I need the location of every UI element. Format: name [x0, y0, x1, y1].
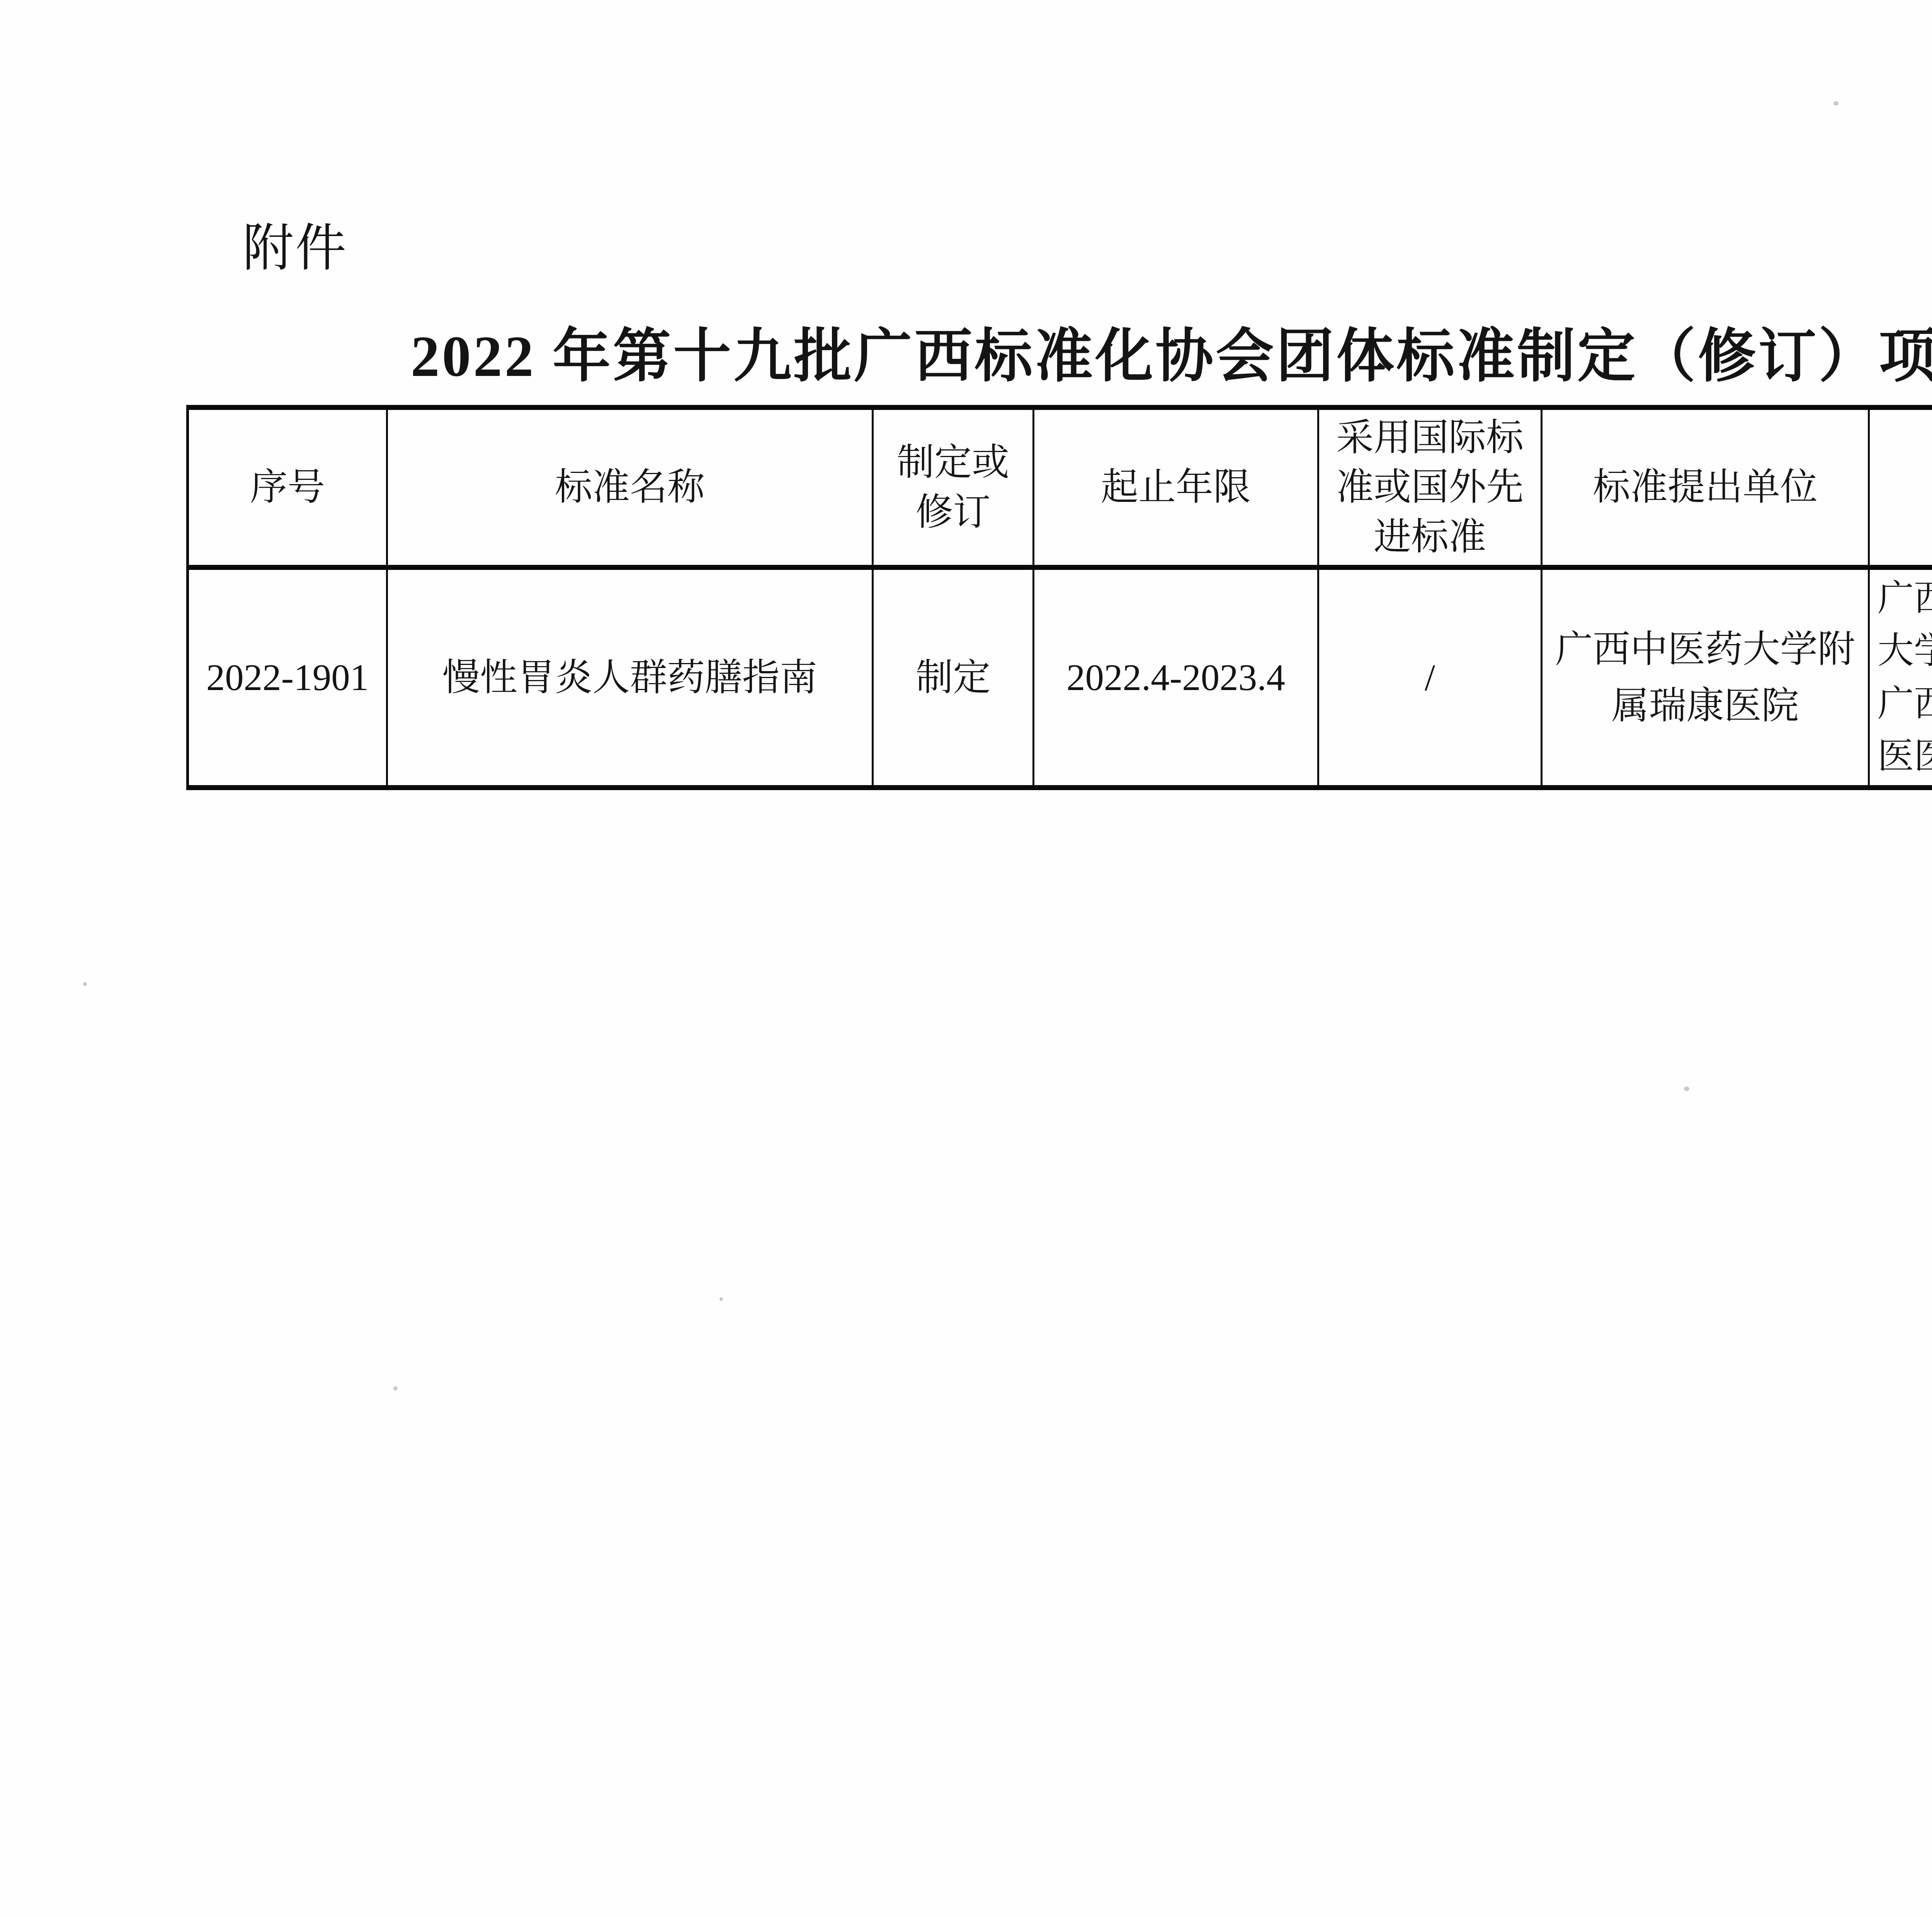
- table-row: 2022-1901 慢性胃炎人群药膳指南 制定 2022.4-2023.4 / …: [188, 568, 1932, 788]
- col-header-standard-name: 标准名称: [387, 408, 873, 568]
- scan-speck: [1684, 1086, 1689, 1091]
- document-page: 附件 2022 年第十九批广西标准化协会团体标准制定（修订）项目计划汇总表 序号…: [0, 0, 1932, 1916]
- page-title: 2022 年第十九批广西标准化协会团体标准制定（修订）项目计划汇总表: [0, 324, 1932, 389]
- cell-period: 2022.4-2023.4: [1034, 568, 1318, 788]
- cell-adopt-international: /: [1318, 568, 1542, 788]
- col-header-adopt-international: 采用国际标 准或国外先 进标准: [1318, 408, 1542, 568]
- scan-speck: [393, 1386, 398, 1391]
- cell-serial: 2022-1901: [188, 568, 387, 788]
- col-header-serial: 序号: [188, 408, 387, 568]
- cell-standard-name: 慢性胃炎人群药膳指南: [387, 568, 873, 788]
- table-header-row: 序号 标准名称 制定或 修订 起止年限 采用国际标 准或国外先 进标准 标准提出…: [188, 408, 1932, 568]
- cell-drafting-unit: 广西中医药大学附属瑞康医院、广西中医药 大学、柳州市中医医院、梧州市中医医院、 …: [1869, 568, 1932, 788]
- scan-speck: [719, 1297, 723, 1301]
- scan-speck: [83, 982, 87, 986]
- cell-proposing-unit: 广西中医药大学附 属瑞康医院: [1542, 568, 1869, 788]
- col-header-formulate-or-revise: 制定或 修订: [873, 408, 1034, 568]
- attachment-label: 附件: [243, 219, 348, 277]
- cell-formulate-or-revise: 制定: [873, 568, 1034, 788]
- scan-speck: [1833, 101, 1838, 105]
- col-header-period: 起止年限: [1034, 408, 1318, 568]
- col-header-proposing-unit: 标准提出单位: [1542, 408, 1869, 568]
- plan-table: 序号 标准名称 制定或 修订 起止年限 采用国际标 准或国外先 进标准 标准提出…: [186, 405, 1932, 790]
- col-header-drafting-unit: 标准起草单位: [1869, 408, 1932, 568]
